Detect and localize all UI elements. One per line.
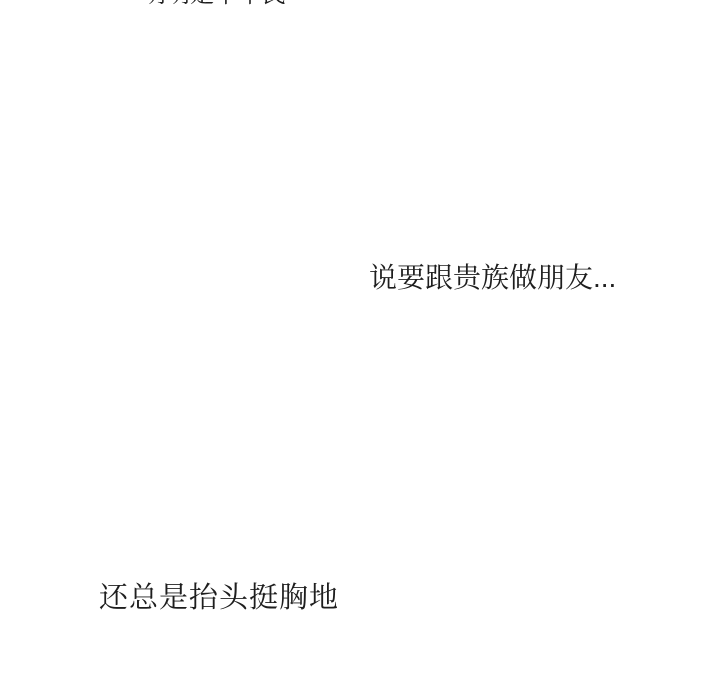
comic-page: 明明是个平民 说要跟贵族做朋友... 还总是抬头挺胸地 [0, 0, 720, 700]
dialogue-text-head-high: 还总是抬头挺胸地 [99, 583, 339, 614]
dialogue-text-nobles: 说要跟贵族做朋友... [369, 263, 616, 293]
dialogue-text-top-clipped: 明明是个平民 [142, 0, 286, 7]
